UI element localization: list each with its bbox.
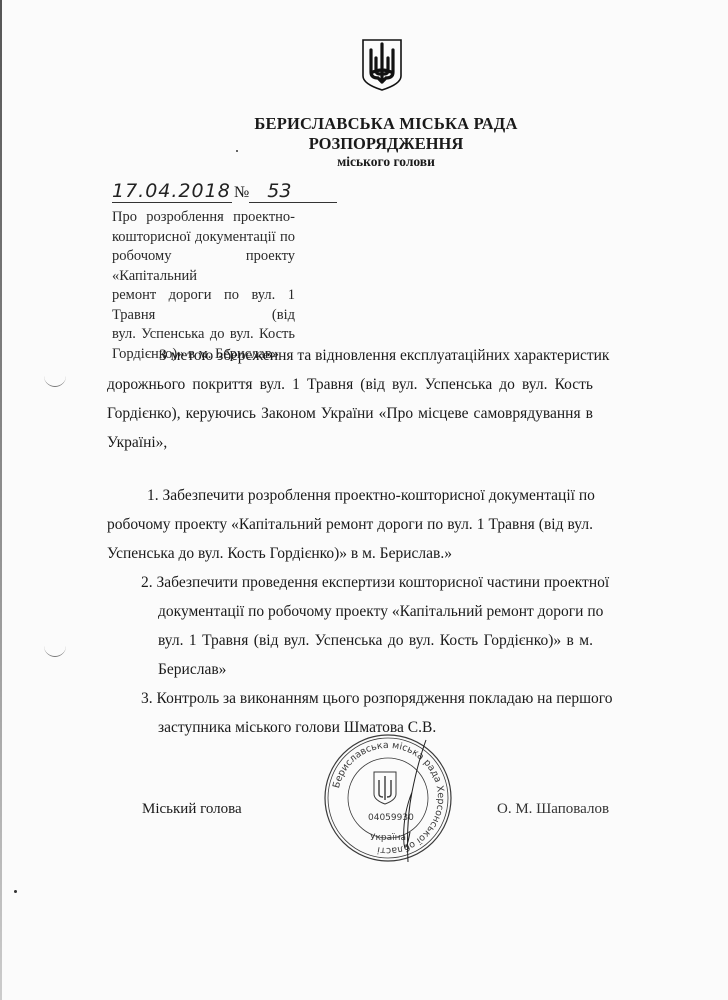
preamble-line: Гордієнко), керуючись Законом України «П…	[107, 399, 593, 428]
order-item-2: 2. Забезпечити проведення експертизи кош…	[141, 568, 593, 684]
item-line: Берислав»	[141, 655, 593, 684]
item-line: 2. Забезпечити проведення експертизи кош…	[141, 568, 593, 597]
preamble-line: дорожнього покриття вул. 1 Травня (від в…	[107, 370, 593, 399]
signatory-name: О. М. Шаповалов	[497, 801, 609, 818]
order-item-1: 1. Забезпечити розроблення проектно-кошт…	[107, 481, 593, 568]
document-issuer: міського голови	[22, 154, 728, 170]
stamp-code: 04059930	[368, 813, 414, 823]
subject-line: ремонт дороги по вул. 1 Травня (від	[112, 286, 295, 325]
scan-left-edge	[0, 0, 2, 1000]
punch-hole-mark	[44, 375, 66, 387]
document-type: РОЗПОРЯДЖЕННЯ	[22, 134, 728, 154]
official-stamp: Бериславська міська рада Херсонської обл…	[322, 732, 454, 864]
item-line: вул. 1 Травня (від вул. Успенська до вул…	[141, 626, 593, 655]
subject-line: кошторисної документації по	[112, 228, 295, 248]
document-number: 53	[249, 180, 337, 203]
preamble-line: З метою збереження та відновлення експлу…	[107, 341, 593, 370]
signatory-role: Міський голова	[142, 801, 242, 818]
item-line: 1. Забезпечити розроблення проектно-кошт…	[107, 481, 593, 510]
preamble-paragraph: З метою збереження та відновлення експлу…	[107, 341, 593, 457]
subject-line: Про розроблення проектно-	[112, 208, 295, 228]
number-label: №	[234, 184, 249, 201]
stamp-country: Україна	[370, 833, 406, 843]
subject-line: робочому проекту «Капітальний	[112, 247, 295, 286]
preamble-line: Україні»,	[107, 428, 593, 457]
organization-name: БЕРИСЛАВСЬКА МІСЬКА РАДА	[22, 114, 728, 134]
scan-speck	[14, 890, 17, 893]
item-line: документації по робочому проекту «Капіта…	[141, 597, 593, 626]
item-line: 3. Контроль за виконанням цього розпоряд…	[141, 684, 593, 713]
document-date: 17.04.2018	[112, 180, 232, 203]
punch-hole-mark	[44, 645, 66, 657]
item-line: робочому проекту «Капітальний ремонт дор…	[107, 510, 593, 539]
ukraine-trident-icon	[361, 38, 403, 92]
registration-line: 17.04.2018№53	[112, 180, 337, 203]
item-line: Успенська до вул. Кость Гордієнко)» в м.…	[107, 539, 593, 568]
scan-speck	[236, 150, 238, 152]
